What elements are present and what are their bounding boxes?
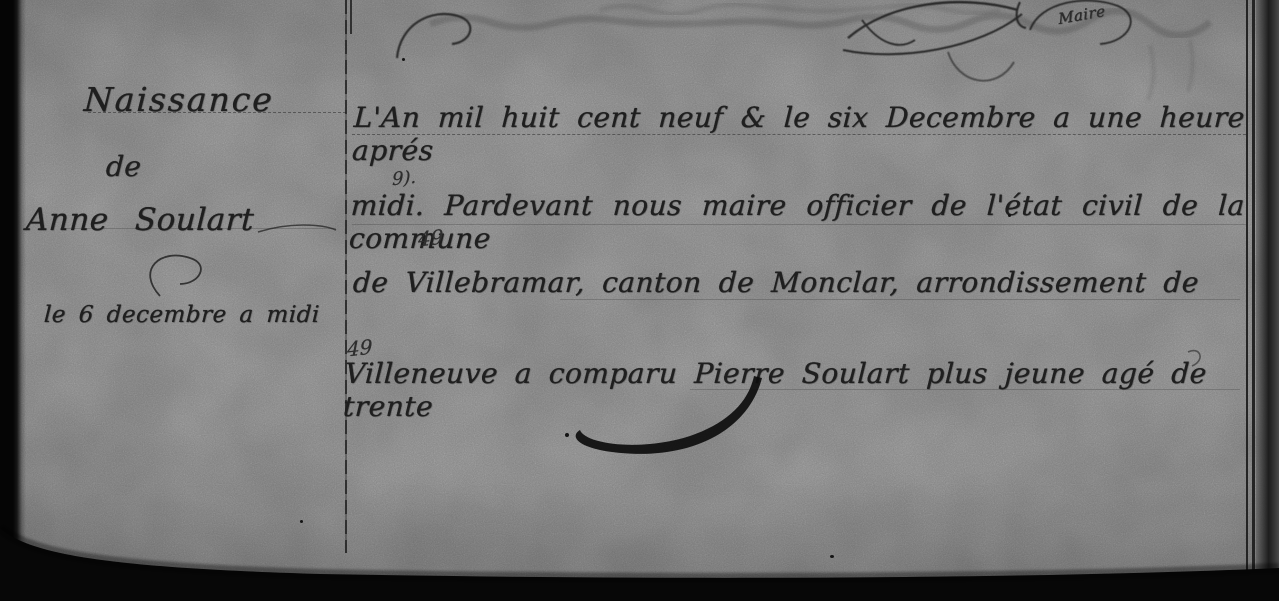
- margin-date-note: le 6 decembre a midi: [43, 302, 320, 328]
- act-line-3: de Villebramar, canton de Monclar, arron…: [352, 266, 1200, 299]
- act-line-4: Villeneuve a comparu Pierre Soulart plus…: [342, 357, 1207, 423]
- binding-edge-left: [0, 0, 26, 601]
- bleedthrough-text: [600, 4, 1000, 14]
- ink-speck: [402, 58, 405, 61]
- margin-act-title: Naissance: [83, 80, 275, 119]
- ink-speck: [830, 555, 834, 558]
- right-margin-rule: [1246, 0, 1248, 575]
- margin-curl-flourish: [150, 256, 201, 296]
- scanned-register-page: Naissance de Anne Soulart le 6 decembre …: [0, 0, 1279, 601]
- ink-speck: [565, 433, 569, 437]
- margin-connector: de: [105, 150, 142, 183]
- ink-speck: [300, 520, 303, 523]
- renvoi-mark: 9).: [392, 167, 416, 191]
- bleedthrough-smudge: [1148, 40, 1193, 100]
- scan-edge-right: [1256, 0, 1279, 601]
- margin-child-name: Anne Soulart: [25, 202, 255, 238]
- margin-column-rule: [345, 0, 347, 553]
- act-line-2: midi. Pardevant nous maire officier de l…: [348, 189, 1245, 255]
- paraph-mark: 49: [347, 335, 372, 362]
- ink-speck: [1008, 214, 1011, 217]
- paraph-mark: 49: [418, 225, 443, 252]
- cutoff-flourish: [397, 14, 470, 58]
- ruled-line: [560, 299, 1240, 300]
- right-margin-rule: [1252, 0, 1255, 575]
- previous-act-signature: Maire: [1057, 2, 1106, 28]
- act-line-1: L'An mil huit cent neuf & le six Decembr…: [351, 101, 1245, 167]
